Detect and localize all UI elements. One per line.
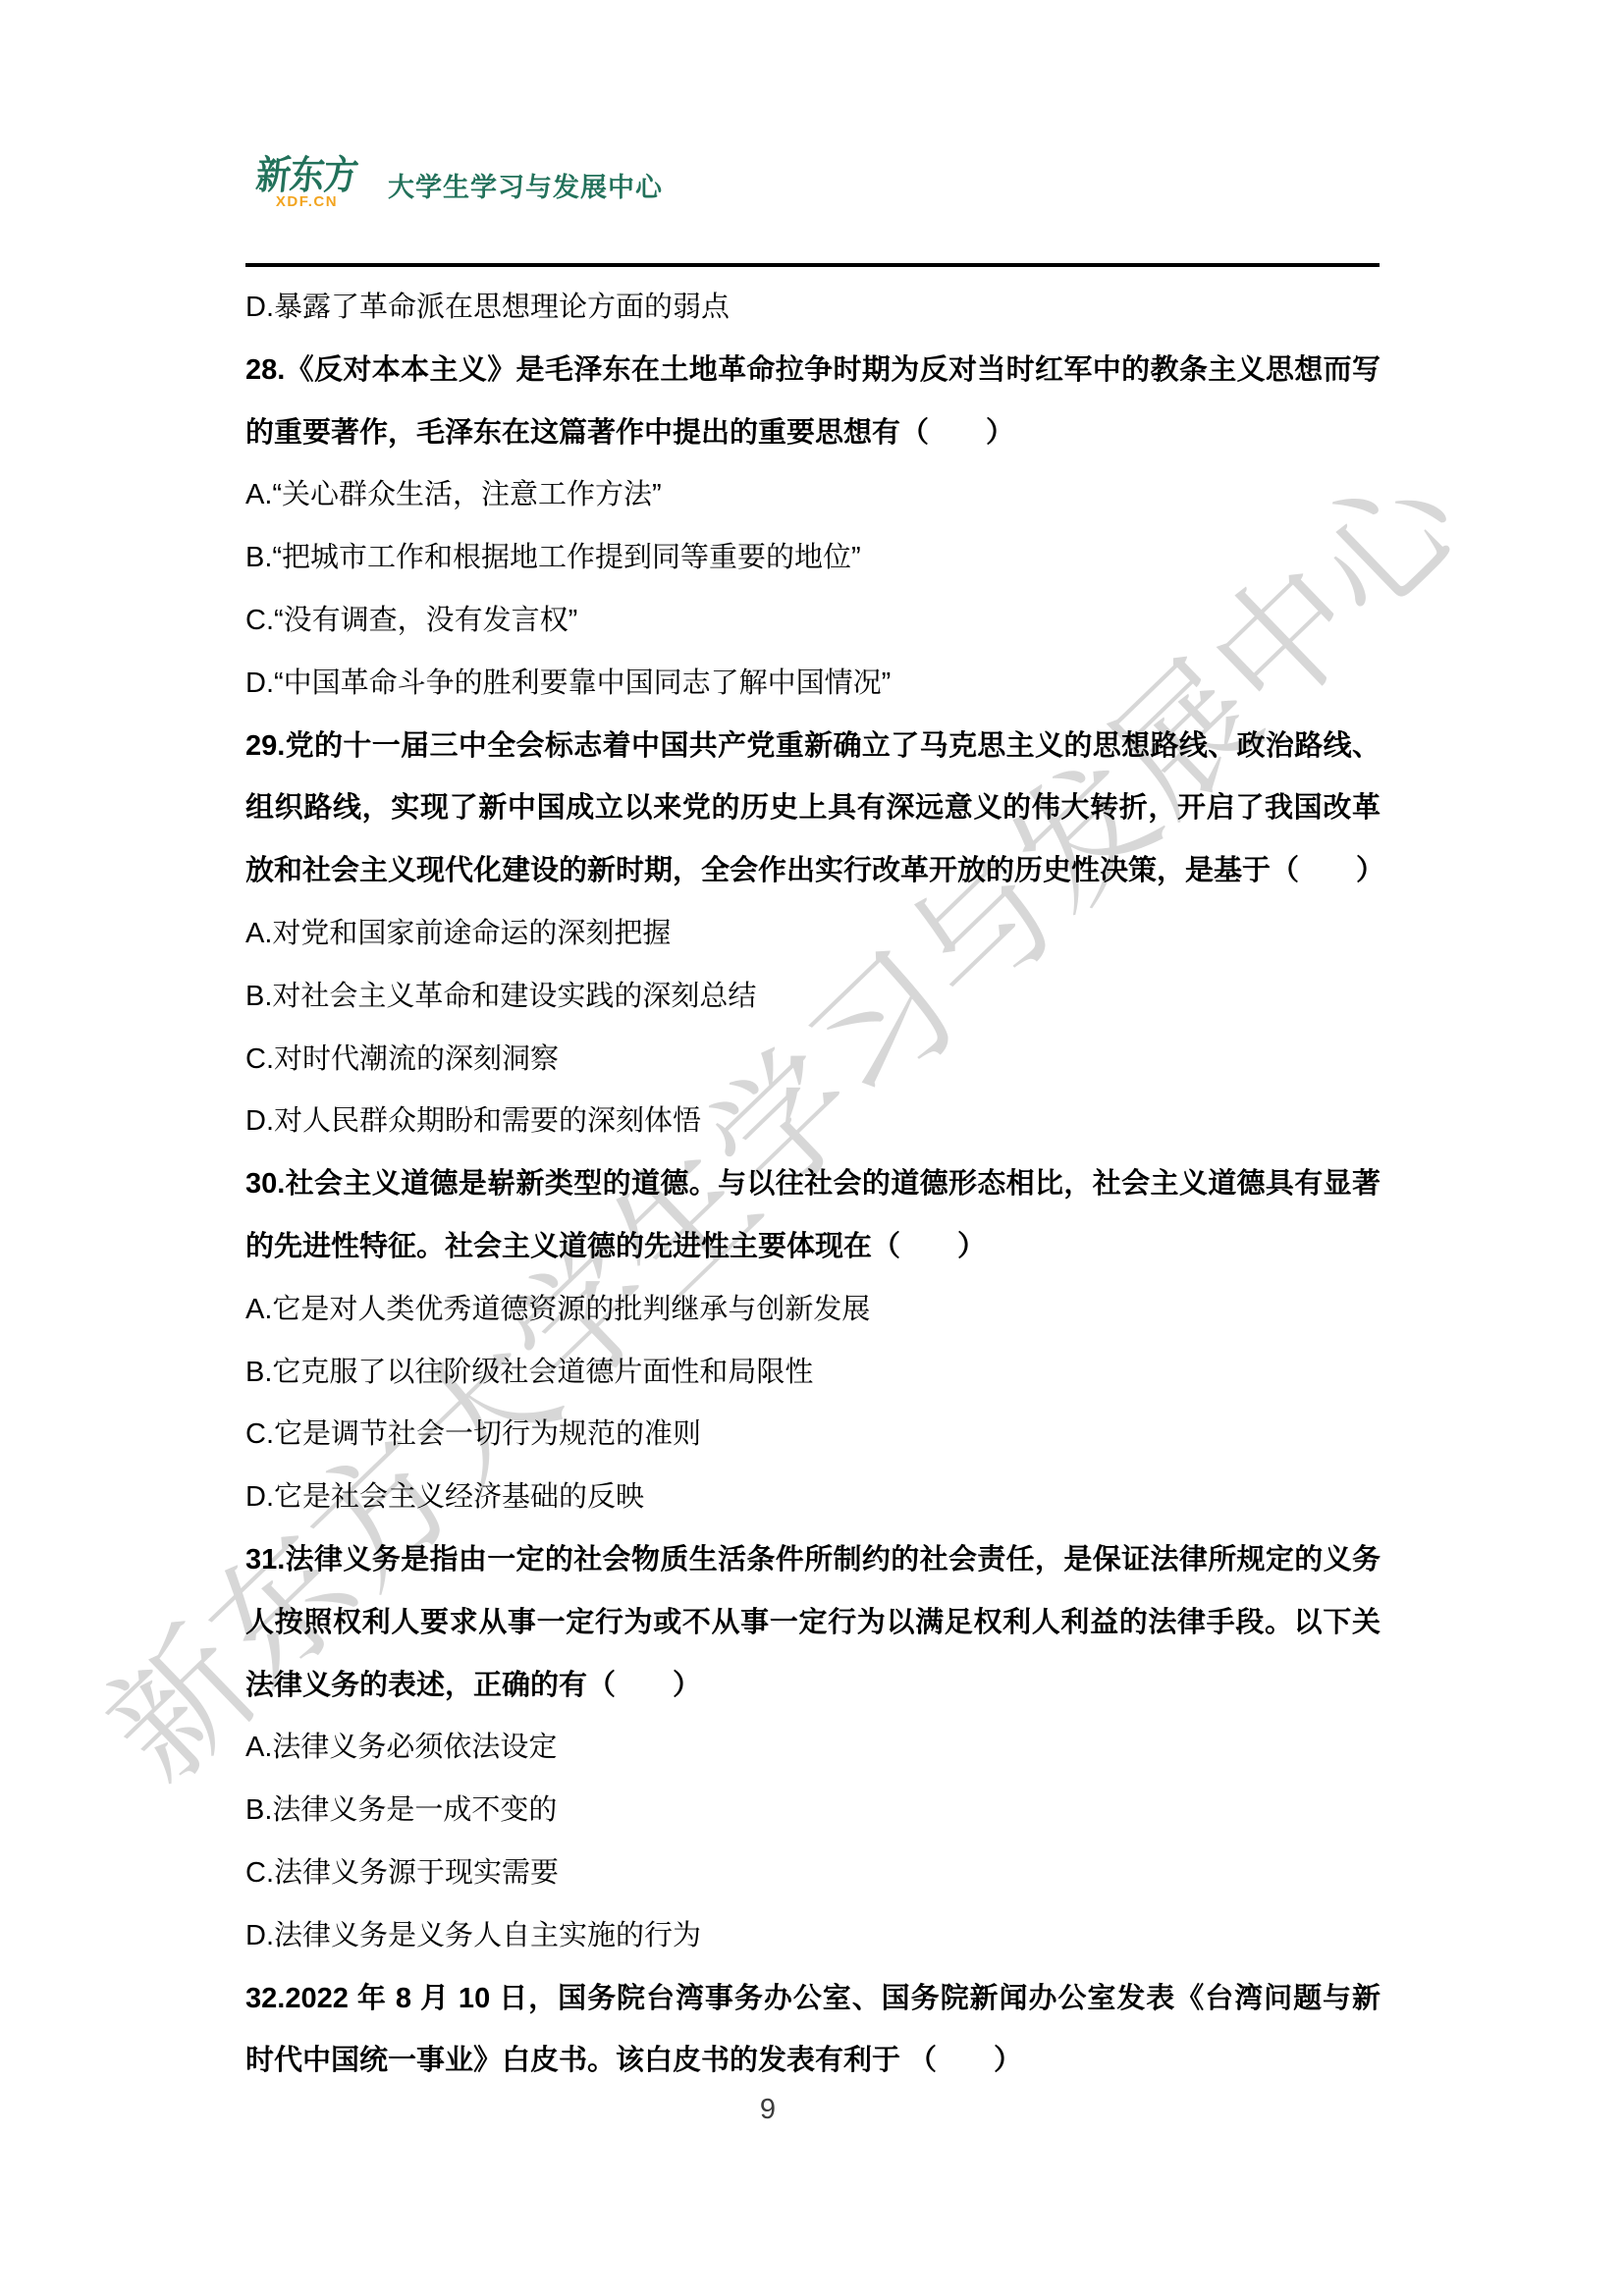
q30-line-1: 30.社会主义道德是崭新类型的道德。与以往社会的道德形态相比，社会主义道德具有显…	[245, 1153, 1380, 1216]
q28-option-c: C.“没有调查，没有发言权”	[245, 590, 1380, 653]
xdf-logo: 新东方 XDF.CN	[249, 155, 364, 210]
q28-option-a: A.“关心群众生活，注意工作方法”	[245, 464, 1380, 527]
q30-option-a: A.它是对人类优秀道德资源的批判继承与创新发展	[245, 1279, 1380, 1342]
header-divider	[245, 263, 1380, 267]
q31-line-1: 31.法律义务是指由一定的社会物质生活条件所制约的社会责任，是保证法律所规定的义…	[245, 1529, 1380, 1592]
q31-line-2: 人按照权利人要求从事一定行为或不从事一定行为以满足权利人利益的法律手段。以下关于	[245, 1592, 1380, 1655]
page-number: 9	[245, 2094, 1290, 2126]
q27-option-d: D.暴露了革命派在思想理论方面的弱点	[245, 277, 1380, 340]
q29-option-b: B.对社会主义革命和建设实践的深刻总结	[245, 966, 1380, 1029]
q29-line-2: 组织路线，实现了新中国成立以来党的历史上具有深远意义的伟大转折，开启了我国改革开	[245, 777, 1380, 840]
q28-line-2: 的重要著作，毛泽东在这篇著作中提出的重要思想有（ ）	[245, 402, 1380, 465]
q29-option-d: D.对人民群众期盼和需要的深刻体悟	[245, 1091, 1380, 1153]
q28-option-b: B.“把城市工作和根据地工作提到同等重要的地位”	[245, 527, 1380, 590]
q32-line-2: 时代中国统一事业》白皮书。该白皮书的发表有利于 （ ）	[245, 2030, 1380, 2093]
q29-line-1: 29.党的十一届三中全会标志着中国共产党重新确立了马克思主义的思想路线、政治路线…	[245, 716, 1380, 778]
q30-option-d: D.它是社会主义经济基础的反映	[245, 1467, 1380, 1529]
question-body: D.暴露了革命派在思想理论方面的弱点 28.《反对本本主义》是毛泽东在土地革命拉…	[245, 277, 1380, 2093]
q31-line-3: 法律义务的表述，正确的有（ ）	[245, 1655, 1380, 1718]
q30-option-c: C.它是调节社会一切行为规范的准则	[245, 1404, 1380, 1467]
q31-option-a: A.法律义务必须依法设定	[245, 1717, 1380, 1780]
q31-option-b: B.法律义务是一成不变的	[245, 1780, 1380, 1842]
q29-option-a: A.对党和国家前途命运的深刻把握	[245, 903, 1380, 966]
q30-option-b: B.它克服了以往阶级社会道德片面性和局限性	[245, 1342, 1380, 1405]
q32-line-1: 32.2022 年 8 月 10 日，国务院台湾事务办公室、国务院新闻办公室发表…	[245, 1968, 1380, 2031]
center-title: 大学生学习与发展中心	[388, 155, 663, 204]
q30-line-2: 的先进性特征。社会主义道德的先进性主要体现在（ ）	[245, 1216, 1380, 1279]
q28-option-d: D.“中国革命斗争的胜利要靠中国同志了解中国情况”	[245, 653, 1380, 716]
q31-option-c: C.法律义务源于现实需要	[245, 1842, 1380, 1905]
page-header: 新东方 XDF.CN 大学生学习与发展中心	[249, 155, 663, 210]
q29-option-c: C.对时代潮流的深刻洞察	[245, 1029, 1380, 1092]
xdf-logo-brand-text: 新东方	[254, 155, 359, 196]
q29-line-3: 放和社会主义现代化建设的新时期，全会作出实行改革开放的历史性决策，是基于（ ）	[245, 840, 1380, 903]
q28-line-1: 28.《反对本本主义》是毛泽东在土地革命拉争时期为反对当时红军中的教条主义思想而…	[245, 340, 1380, 402]
q31-option-d: D.法律义务是义务人自主实施的行为	[245, 1905, 1380, 1968]
exam-page: 新东方大学生学习与发展中心 新东方 XDF.CN 大学生学习与发展中心 D.暴露…	[0, 0, 1624, 2296]
